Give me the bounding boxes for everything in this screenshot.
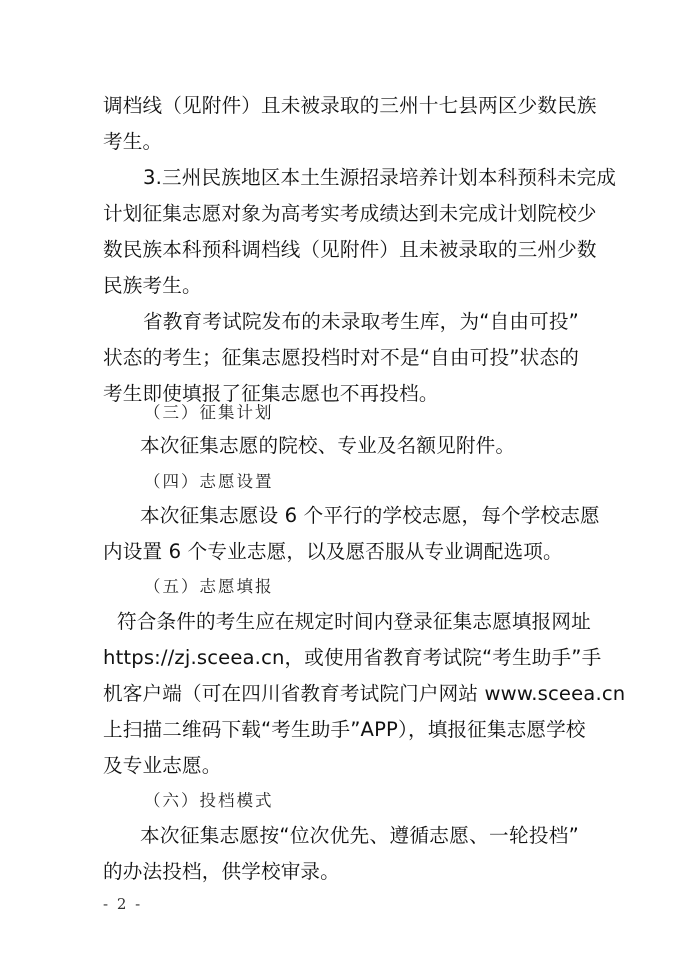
document-page: 调档线（见附件）且未被录取的三州十七县两区少数民族 考生。 3.三州民族地区本土… [0,0,680,962]
body-line: 符合条件的考生应在规定时间内登录征集志愿填报网址 [117,604,579,640]
body-line: 上扫描二维码下载“考生助手”APP），填报征集志愿学校 [103,712,579,748]
body-line: 本次征集志愿的院校、专业及名额见附件。 [140,428,579,464]
section-heading-filing: （五）志愿填报 [144,572,274,602]
body-line: 及专业志愿。 [103,748,579,784]
section-heading-settings: （四）志愿设置 [144,467,274,497]
body-line: 数民族本科预科调档线（见附件）且未被录取的三州少数 [103,232,579,268]
section-heading-plan: （三）征集计划 [144,398,274,428]
body-line: 省教育考试院发布的未录取考生库，为“自由可投” [143,304,579,340]
body-line: 考生。 [103,124,579,160]
body-line: 民族考生。 [103,268,579,304]
body-line: 计划征集志愿对象为高考实考成绩达到未完成计划院校少 [103,196,579,232]
body-line: 本次征集志愿设 6 个平行的学校志愿，每个学校志愿 [140,498,579,534]
body-line-url: https://zj.sceea.cn，或使用省教育考试院“考生助手”手 [103,640,579,676]
body-line: 3.三州民族地区本土生源招录培养计划本科预科未完成 [143,160,579,196]
body-line: 内设置 6 个专业志愿，以及愿否服从专业调配选项。 [103,534,579,570]
body-line: 的办法投档，供学校审录。 [103,854,579,890]
body-line: 本次征集志愿按“位次优先、遵循志愿、一轮投档” [140,818,579,854]
section-heading-mode: （六）投档模式 [144,786,274,816]
body-line: 调档线（见附件）且未被录取的三州十七县两区少数民族 [103,88,579,124]
body-line: 状态的考生；征集志愿投档时对不是“自由可投”状态的 [103,340,579,376]
page-number: - 2 - [103,892,142,916]
body-line-url: 机客户端（可在四川省教育考试院门户网站 www.sceea.cn [103,676,579,712]
